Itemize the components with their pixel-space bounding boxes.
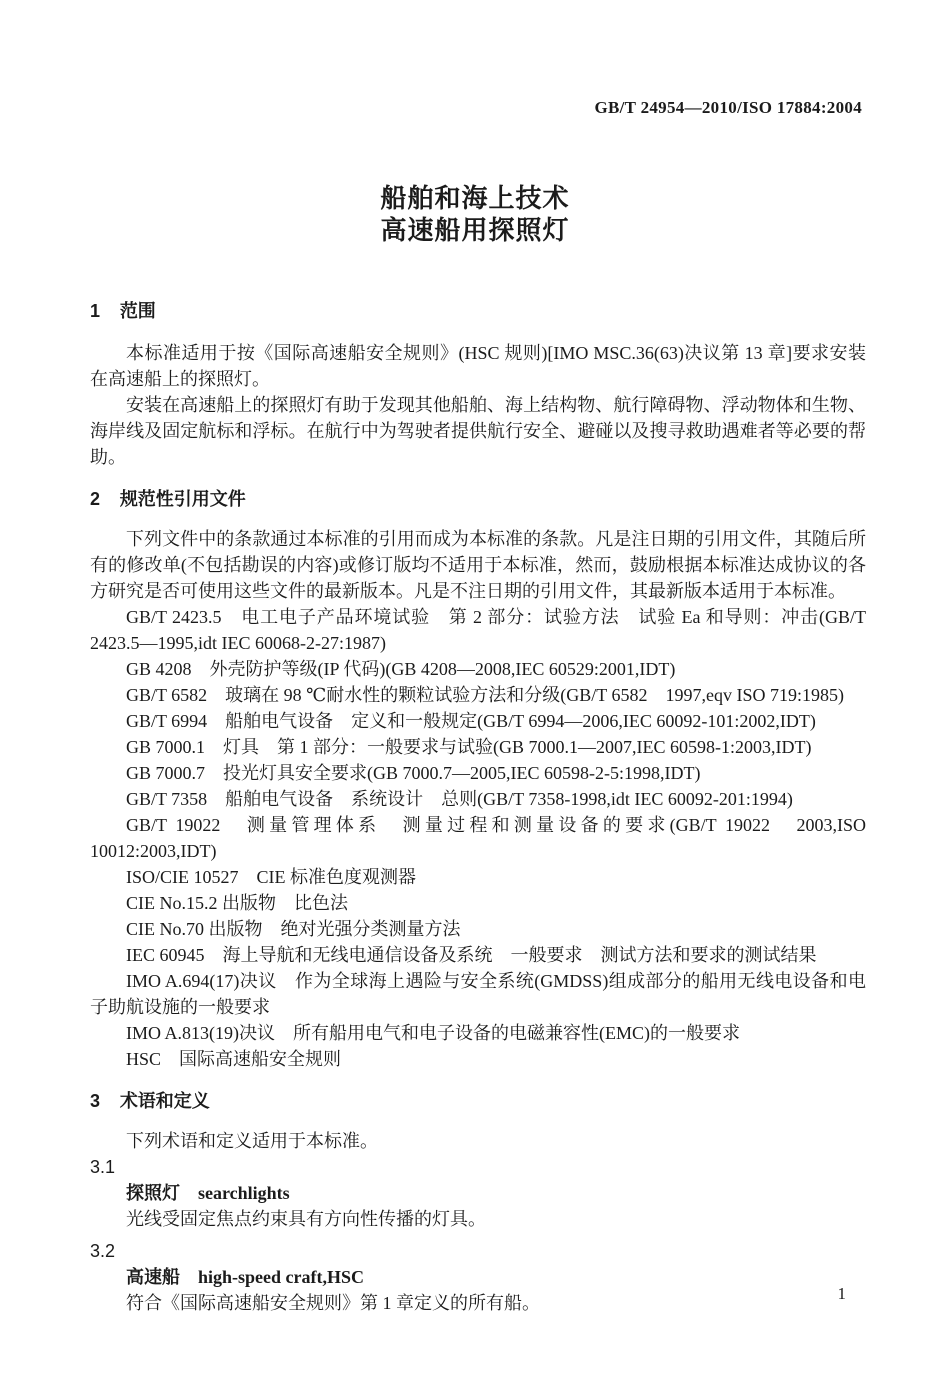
reference-item: CIE No.15.2 出版物 比色法 (90, 890, 866, 916)
reference-item: GB/T 6582 玻璃在 98 ℃耐水性的颗粒试验方法和分级(GB/T 658… (90, 682, 866, 708)
document-title-line-1: 船舶和海上技术 (0, 182, 950, 214)
section-number: 2 (90, 489, 100, 509)
section-title: 术语和定义 (120, 1091, 210, 1111)
reference-item: GB/T 2423.5 电工电子产品环境试验 第 2 部分：试验方法 试验 Ea… (90, 604, 866, 656)
reference-item: GB 7000.1 灯具 第 1 部分：一般要求与试验(GB 7000.1—20… (90, 734, 866, 760)
section-number: 3 (90, 1091, 100, 1111)
reference-item: IMO A.694(17)决议 作为全球海上遇险与安全系统(GMDSS)组成部分… (90, 968, 866, 1020)
term-chinese: 高速船 (126, 1267, 180, 1287)
reference-item: CIE No.70 出版物 绝对光强分类测量方法 (90, 916, 866, 942)
section-2-heading: 2规范性引用文件 (90, 486, 866, 512)
reference-item: GB 4208 外壳防护等级(IP 代码)(GB 4208—2008,IEC 6… (90, 656, 866, 682)
term-definition-3-1: 光线受固定焦点约束具有方向性传播的灯具。 (90, 1206, 866, 1232)
section-3-intro: 下列术语和定义适用于本标准。 (90, 1128, 866, 1154)
term-chinese: 探照灯 (126, 1183, 180, 1203)
reference-item: GB 7000.7 投光灯具安全要求(GB 7000.7—2005,IEC 60… (90, 760, 866, 786)
term-entry-3-1: 探照灯searchlights (90, 1180, 866, 1206)
reference-item: GB/T 19022 测量管理体系 测量过程和测量设备的要求(GB/T 1902… (90, 812, 866, 864)
section-number: 1 (90, 301, 100, 321)
section-1-paragraph-1: 本标准适用于按《国际高速船安全规则》(HSC 规则)[IMO MSC.36(63… (90, 340, 866, 392)
section-3-heading: 3术语和定义 (90, 1088, 866, 1114)
section-1-heading: 1范围 (90, 298, 866, 324)
page-number: 1 (838, 1283, 847, 1305)
reference-item: GB/T 7358 船舶电气设备 系统设计 总则(GB/T 7358-1998,… (90, 786, 866, 812)
reference-item: GB/T 6994 船舶电气设备 定义和一般规定(GB/T 6994—2006,… (90, 708, 866, 734)
reference-item: IEC 60945 海上导航和无线电通信设备及系统 一般要求 测试方法和要求的测… (90, 942, 866, 968)
section-2-intro: 下列文件中的条款通过本标准的引用而成为本标准的条款。凡是注日期的引用文件，其随后… (90, 526, 866, 604)
reference-item: HSC 国际高速船安全规则 (90, 1046, 866, 1072)
document-body: 1范围 本标准适用于按《国际高速船安全规则》(HSC 规则)[IMO MSC.3… (90, 298, 866, 1316)
document-title: 船舶和海上技术 高速船用探照灯 (0, 182, 950, 246)
reference-item: ISO/CIE 10527 CIE 标准色度观测器 (90, 864, 866, 890)
term-number-3-2: 3.2 (90, 1238, 866, 1264)
section-title: 范围 (120, 301, 156, 321)
term-english: searchlights (198, 1183, 290, 1203)
term-definition-3-2: 符合《国际高速船安全规则》第 1 章定义的所有船。 (90, 1290, 866, 1316)
term-entry-3-2: 高速船high-speed craft,HSC (90, 1264, 866, 1290)
reference-item: IMO A.813(19)决议 所有船用电气和电子设备的电磁兼容性(EMC)的一… (90, 1020, 866, 1046)
section-1-paragraph-2: 安装在高速船上的探照灯有助于发现其他船舶、海上结构物、航行障碍物、浮动物体和生物… (90, 392, 866, 470)
document-page: GB/T 24954—2010/ISO 17884:2004 船舶和海上技术 高… (0, 0, 950, 1388)
standard-code-header: GB/T 24954—2010/ISO 17884:2004 (595, 98, 863, 118)
term-english: high-speed craft,HSC (198, 1267, 364, 1287)
term-number-3-1: 3.1 (90, 1154, 866, 1180)
section-title: 规范性引用文件 (120, 489, 246, 509)
document-title-line-2: 高速船用探照灯 (0, 214, 950, 246)
